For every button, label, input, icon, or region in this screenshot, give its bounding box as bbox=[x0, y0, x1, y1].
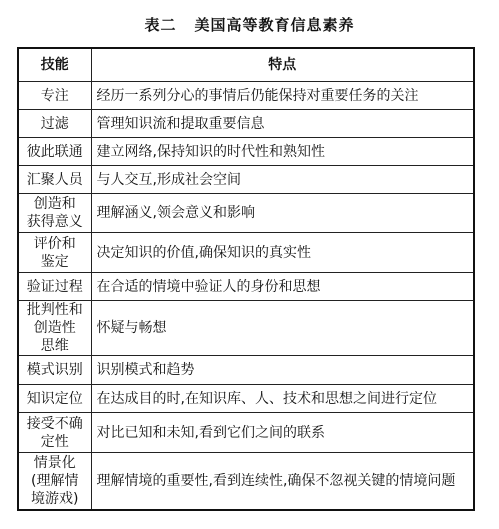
header-skill: 技能 bbox=[18, 48, 91, 82]
skill-cell: 知识定位 bbox=[18, 385, 91, 413]
skill-cell: 批判性和创造性思维 bbox=[18, 301, 91, 356]
feature-cell: 在达成目的时,在知识库、人、技术和思想之间进行定位 bbox=[91, 385, 474, 413]
feature-cell: 对比已知和未知,看到它们之间的联系 bbox=[91, 413, 474, 453]
feature-cell: 决定知识的价值,确保知识的真实性 bbox=[91, 233, 474, 273]
table-row: 汇聚人员与人交互,形成社会空间 bbox=[18, 166, 474, 194]
skill-cell: 验证过程 bbox=[18, 273, 91, 301]
skill-cell: 模式识别 bbox=[18, 356, 91, 385]
table-title: 表二美国高等教育信息素养 bbox=[0, 14, 499, 35]
table-row: 情景化(理解情境游戏)理解情境的重要性,看到连续性,确保不忽视关键的情境问题 bbox=[18, 453, 474, 510]
feature-cell: 经历一系列分心的事情后仍能保持对重要任务的关注 bbox=[91, 82, 474, 110]
info-literacy-table: 技能 特点 专注经历一系列分心的事情后仍能保持对重要任务的关注过滤管理知识流和提… bbox=[17, 47, 475, 511]
feature-cell: 与人交互,形成社会空间 bbox=[91, 166, 474, 194]
feature-cell: 在合适的情境中验证人的身份和思想 bbox=[91, 273, 474, 301]
table-row: 评价和鉴定决定知识的价值,确保知识的真实性 bbox=[18, 233, 474, 273]
header-feature: 特点 bbox=[91, 48, 474, 82]
skill-cell: 评价和鉴定 bbox=[18, 233, 91, 273]
table-row: 专注经历一系列分心的事情后仍能保持对重要任务的关注 bbox=[18, 82, 474, 110]
feature-cell: 建立网络,保持知识的时代性和熟知性 bbox=[91, 138, 474, 166]
table-row: 接受不确定性对比已知和未知,看到它们之间的联系 bbox=[18, 413, 474, 453]
skill-cell: 接受不确定性 bbox=[18, 413, 91, 453]
header-row: 技能 特点 bbox=[18, 48, 474, 82]
feature-cell: 理解涵义,领会意义和影响 bbox=[91, 194, 474, 233]
table-row: 批判性和创造性思维怀疑与畅想 bbox=[18, 301, 474, 356]
table-row: 知识定位在达成目的时,在知识库、人、技术和思想之间进行定位 bbox=[18, 385, 474, 413]
skill-cell: 创造和获得意义 bbox=[18, 194, 91, 233]
feature-cell: 识别模式和趋势 bbox=[91, 356, 474, 385]
table-row: 模式识别识别模式和趋势 bbox=[18, 356, 474, 385]
feature-cell: 管理知识流和提取重要信息 bbox=[91, 110, 474, 138]
skill-cell: 情景化(理解情境游戏) bbox=[18, 453, 91, 510]
skill-cell: 汇聚人员 bbox=[18, 166, 91, 194]
feature-cell: 理解情境的重要性,看到连续性,确保不忽视关键的情境问题 bbox=[91, 453, 474, 510]
table-row: 过滤管理知识流和提取重要信息 bbox=[18, 110, 474, 138]
skill-cell: 专注 bbox=[18, 82, 91, 110]
table-row: 创造和获得意义理解涵义,领会意义和影响 bbox=[18, 194, 474, 233]
table-row: 彼此联通建立网络,保持知识的时代性和熟知性 bbox=[18, 138, 474, 166]
skill-cell: 彼此联通 bbox=[18, 138, 91, 166]
skill-cell: 过滤 bbox=[18, 110, 91, 138]
feature-cell: 怀疑与畅想 bbox=[91, 301, 474, 356]
table-row: 验证过程在合适的情境中验证人的身份和思想 bbox=[18, 273, 474, 301]
table-caption: 美国高等教育信息素养 bbox=[195, 16, 355, 34]
table-number: 表二 bbox=[144, 16, 176, 34]
